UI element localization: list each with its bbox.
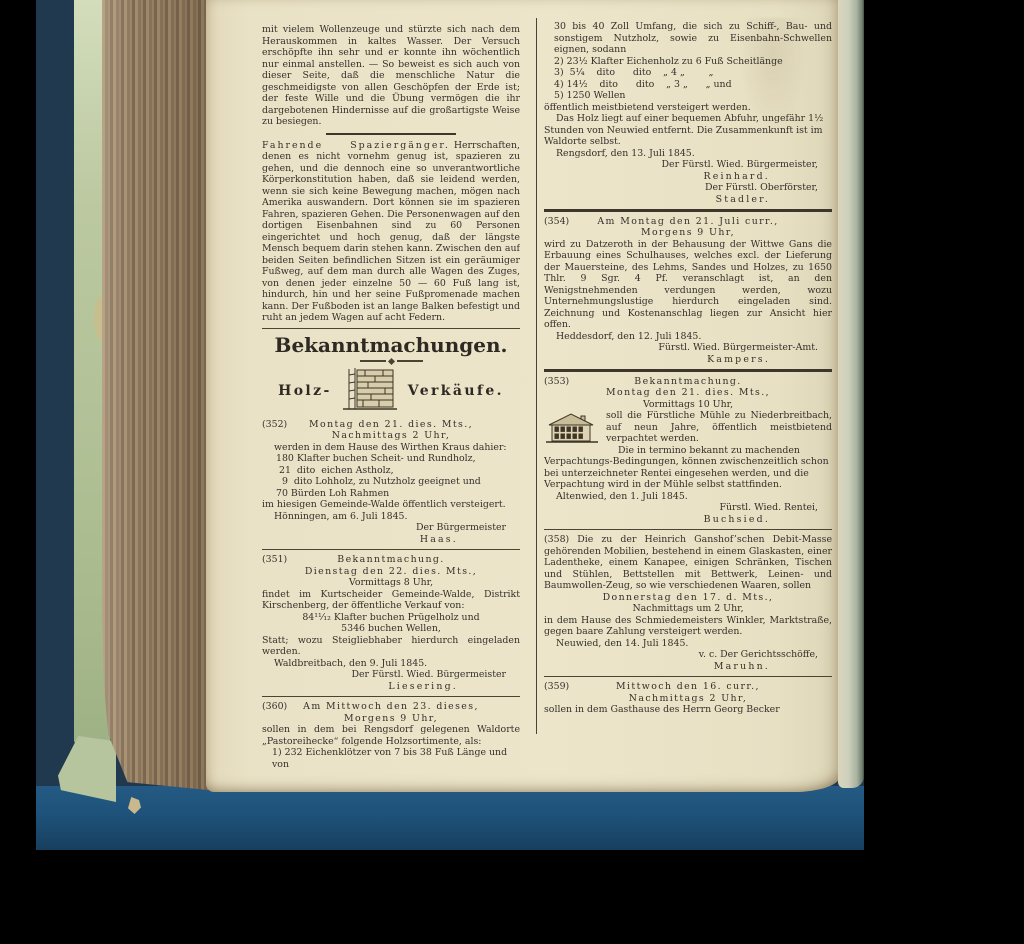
dateline: Heddesdorf, den 12. Juli 1845.	[544, 331, 832, 343]
notice-body: werden in dem Hause des Wirthen Kraus da…	[262, 442, 520, 454]
notice-body: Statt; wozu Steigliebhaber hierdurch ein…	[262, 635, 520, 658]
article-separator	[326, 133, 456, 135]
notice-rule	[544, 676, 832, 677]
notice-body: Das Holz liegt auf einer bequemen Abfuhr…	[544, 113, 832, 148]
holz-verkaeufe-header: Holz-	[262, 367, 520, 415]
notice-body: (358)Die zu der Heinrich Ganshof’schen D…	[544, 534, 832, 592]
signature-name: Haas.	[262, 534, 520, 546]
signature-name: Reinhard.	[544, 171, 832, 183]
signature-title: Fürstl. Wied. Rentei,	[544, 502, 832, 514]
notice-time-line: Nachmittags 2 Uhr,	[544, 693, 832, 705]
notice-time-line: Nachmittags 2 Uhr,	[262, 430, 520, 442]
notice-360: (360)Am Mittwoch den 23. dieses, Morgens…	[262, 701, 520, 770]
notice-body: Die in termino bekannt zu machenden Verp…	[544, 445, 832, 491]
notice-date-line: Am Montag den 21. Juli curr.,	[597, 216, 778, 227]
lot-line: 5) 1250 Wellen	[544, 90, 832, 102]
column-divider	[536, 18, 537, 734]
signature-title: Der Fürstl. Wied. Bürgermeister	[262, 669, 520, 681]
notice-rule	[544, 529, 832, 530]
notice-time-line: Morgens 9 Uhr,	[262, 713, 520, 725]
notice-time-line: Morgens 9 Uhr,	[544, 227, 832, 239]
notice-358: (358)Die zu der Heinrich Ganshof’schen D…	[544, 534, 832, 672]
dateline: Neuwied, den 14. Juli 1845.	[544, 638, 832, 650]
article-spaziergaenger: Fahrende Spaziergänger.Herrschaften, den…	[262, 140, 520, 324]
notice-time-line: Vormittags 8 Uhr,	[262, 577, 520, 589]
holz-label-right: Verkäufe.	[408, 383, 504, 399]
notice-number: (353)	[544, 376, 569, 388]
house-woodcut-icon	[544, 411, 600, 449]
notice-title: Bekanntmachung.	[634, 376, 741, 387]
notice-title: Bekanntmachung.	[337, 554, 444, 565]
notice-date-line: Am Mittwoch den 23. dieses,	[303, 701, 479, 712]
notice-date-line: Mittwoch den 16. curr.,	[616, 681, 760, 692]
list-item: 180 Klafter buchen Scheit- und Rundholz,	[262, 453, 520, 465]
signature-title: Der Bürgermeister	[262, 522, 520, 534]
notice-body: findet im Kurtscheider Gemeinde-Walde, D…	[262, 589, 520, 612]
notice-body: sollen in dem Gasthause des Herrn Georg …	[544, 704, 832, 716]
notice-body: öffentlich meistbietend versteigert werd…	[544, 102, 832, 114]
notice-body: im hiesigen Gemeinde-Walde öffentlich ve…	[262, 499, 520, 511]
signature-name: Maruhn.	[544, 661, 832, 673]
left-column: mit vielem Wollenzeuge und stürzte sich …	[262, 24, 520, 772]
book-scan-scene: mit vielem Wollenzeuge und stürzte sich …	[0, 0, 1024, 944]
signature-name: Kampers.	[544, 354, 832, 366]
article-title: Fahrende Spaziergänger.	[262, 140, 450, 151]
notice-body: 30 bis 40 Zoll Umfang, die sich zu Schif…	[544, 21, 832, 56]
notice-date-line: Montag den 21. dies. Mts.,	[309, 419, 473, 430]
section-header: Bekanntmachungen.	[262, 333, 520, 357]
signature-title: Der Fürstl. Oberförster,	[544, 182, 832, 194]
page-fore-edge	[838, 0, 864, 788]
notice-number: (351)	[262, 554, 287, 566]
signature-title: v. c. Der Gerichtsschöffe,	[544, 649, 832, 661]
list-item: 21 dito eichen Astholz,	[262, 465, 520, 477]
notice-body: wird zu Datzeroth in der Behausung der W…	[544, 239, 832, 331]
ornament-rule	[262, 359, 520, 364]
dateline: Altenwied, den 1. Juli 1845.	[544, 491, 832, 503]
notice-353: (353)Bekanntmachung. Montag den 21. dies…	[544, 376, 832, 526]
signature-title: Der Fürstl. Wied. Bürgermeister,	[544, 159, 832, 171]
notice-body: in dem Hause des Schmiedemeisters Winkle…	[544, 615, 832, 638]
notice-date-line: Montag den 21. dies. Mts.,	[544, 387, 832, 399]
lot-line: 5346 buchen Wellen,	[262, 623, 520, 635]
notice-351: (351)Bekanntmachung. Dienstag den 22. di…	[262, 554, 520, 692]
lot-line: 4) 14½ dito dito „ 3 „ „ und	[544, 79, 832, 91]
notice-body: sollen in dem bei Rengsdorf gelegenen Wa…	[262, 724, 520, 747]
signature-name: Buchsied.	[544, 514, 832, 526]
signature-name: Liesering.	[262, 681, 520, 693]
lot-line: 84¹¹⁄₁₂ Klafter buchen Prügelholz und	[262, 612, 520, 624]
notice-352: (352)Montag den 21. dies. Mts., Nachmitt…	[262, 419, 520, 546]
notice-number: (354)	[544, 216, 569, 228]
lot-line: 3) 5¼ dito dito „ 4 „ „	[544, 67, 832, 79]
list-item: 70 Bürden Loh Rahmen	[262, 488, 520, 500]
article-body: Herrschaften, denen es nicht vornehm gen…	[262, 140, 520, 324]
notice-number: (358)	[544, 534, 569, 545]
signature-name: Stadler.	[544, 194, 832, 206]
notice-354: (354)Am Montag den 21. Juli curr., Morge…	[544, 216, 832, 366]
holz-label-left: Holz-	[278, 383, 332, 399]
dateline: Hönningen, am 6. Juli 1845.	[262, 511, 520, 523]
right-column: 30 bis 40 Zoll Umfang, die sich zu Schif…	[544, 21, 832, 771]
list-item: 9 dito Lohholz, zu Nutzholz geeignet und	[262, 476, 520, 488]
notice-number: (359)	[544, 681, 569, 693]
dateline: Rengsdorf, den 13. Juli 1845.	[544, 148, 832, 160]
signature-title: Fürstl. Wied. Bürgermeister-Amt.	[544, 342, 832, 354]
page-block-edges	[102, 0, 208, 790]
notice-number: (360)	[262, 701, 287, 713]
intro-paragraph: mit vielem Wollenzeuge und stürzte sich …	[262, 24, 520, 128]
table-surface	[36, 786, 864, 850]
dateline: Waldbreitbach, den 9. Juli 1845.	[262, 658, 520, 670]
woodpile-icon	[341, 367, 399, 415]
section-rule	[262, 328, 520, 329]
notice-time-line: Vormittags 10 Uhr,	[544, 399, 832, 411]
notice-time-line: Nachmittags um 2 Uhr,	[544, 603, 832, 615]
notice-date-line: Donnerstag den 17. d. Mts.,	[544, 592, 832, 604]
notice-rule	[262, 549, 520, 550]
lot-line: 1) 232 Eichenklötzer von 7 bis 38 Fuß Lä…	[262, 747, 520, 770]
notice-rule-thick	[544, 369, 832, 372]
notice-date-line: Dienstag den 22. dies. Mts.,	[262, 566, 520, 578]
notice-359: (359)Mittwoch den 16. curr., Nachmittags…	[544, 681, 832, 716]
lot-line: 2) 23½ Klafter Eichenholz zu 6 Fuß Schei…	[544, 56, 832, 68]
notice-number: (352)	[262, 419, 287, 431]
notice-rule-thick	[544, 209, 832, 212]
notice-rule	[262, 696, 520, 697]
notice-360-continuation: 30 bis 40 Zoll Umfang, die sich zu Schif…	[544, 21, 832, 205]
